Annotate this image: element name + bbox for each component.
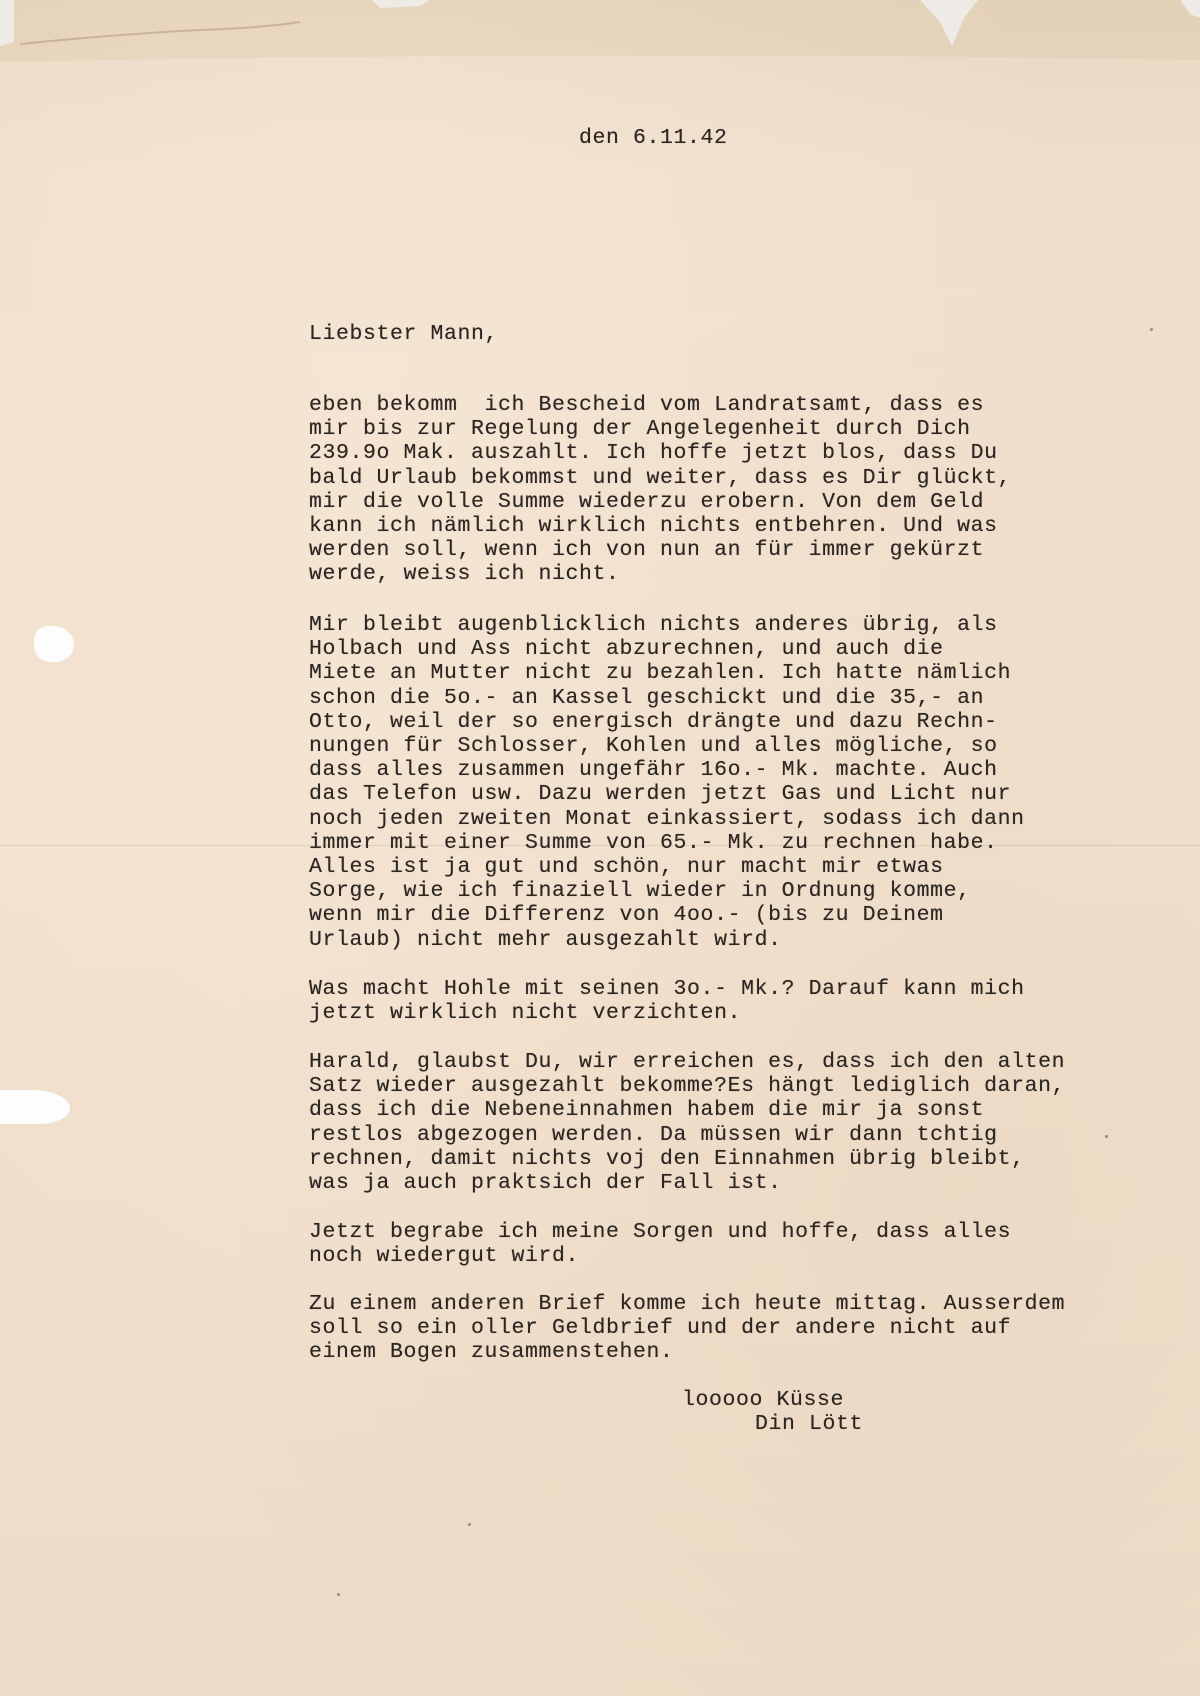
paragraph-3: Was macht Hohle mit seinen 3o.- Mk.? Dar… [309,977,1025,1025]
letter-signature: Din Lött [755,1412,863,1436]
text-line: Satz wieder ausgezahlt bekomme?Es hängt … [309,1074,1065,1098]
text-line: wenn mir die Differenz von 4oo.- (bis zu… [309,903,1025,927]
paragraph-5: Jetzt begrabe ich meine Sorgen und hoffe… [309,1220,1011,1268]
text-line: 239.9o Mak. auszahlt. Ich hoffe jetzt bl… [309,441,1011,465]
text-line: Mir bleibt augenblicklich nichts anderes… [309,613,1025,637]
text-line: was ja auch praktsich der Fall ist. [309,1171,1065,1195]
text-line: restlos abgezogen werden. Da müssen wir … [309,1123,1065,1147]
text-line: Otto, weil der so energisch drängte und … [309,710,1025,734]
text-line: bald Urlaub bekommst und weiter, dass es… [309,466,1011,490]
torn-edge [0,1090,70,1124]
text-line: Holbach und Ass nicht abzurechnen, und a… [309,637,1025,661]
text-line: soll so ein oller Geldbrief und der ande… [309,1316,1065,1340]
torn-top-edge [0,0,1200,70]
text-line: immer mit einer Summe von 65.- Mk. zu re… [309,831,1025,855]
text-line: kann ich nämlich wirklich nichts entbehr… [309,514,1011,538]
letter-date: den 6.11.42 [579,126,728,150]
letter-closing: looooo Küsse [682,1388,844,1412]
text-line: rechnen, damit nichts voj den Einnahmen … [309,1147,1065,1171]
paragraph-2: Mir bleibt augenblicklich nichts anderes… [309,613,1025,952]
text-line: mir bis zur Regelung der Angelegenheit d… [309,417,1011,441]
paper-speck [337,1593,340,1596]
text-line: werde, weiss ich nicht. [309,562,1011,586]
text-line: einem Bogen zusammenstehen. [309,1340,1065,1364]
letter-page: den 6.11.42 Liebster Mann, eben bekomm i… [0,0,1200,1696]
text-line: werden soll, wenn ich von nun an für imm… [309,538,1011,562]
text-line: Miete an Mutter nicht zu bezahlen. Ich h… [309,661,1025,685]
text-line: schon die 5o.- an Kassel geschickt und d… [309,686,1025,710]
punch-hole [34,626,74,662]
text-line: dass alles zusammen ungefähr 16o.- Mk. m… [309,758,1025,782]
text-line: mir die volle Summe wiederzu erobern. Vo… [309,490,1011,514]
paper-speck [468,1523,471,1526]
text-line: Was macht Hohle mit seinen 3o.- Mk.? Dar… [309,977,1025,1001]
text-line: Zu einem anderen Brief komme ich heute m… [309,1292,1065,1316]
text-line: eben bekomm ich Bescheid vom Landratsamt… [309,393,1011,417]
text-line: Harald, glaubst Du, wir erreichen es, da… [309,1050,1065,1074]
paragraph-1: eben bekomm ich Bescheid vom Landratsamt… [309,393,1011,587]
letter-salutation: Liebster Mann, [309,322,498,346]
text-line: nungen für Schlosser, Kohlen und alles m… [309,734,1025,758]
text-line: Sorge, wie ich finaziell wieder in Ordnu… [309,879,1025,903]
text-line: Urlaub) nicht mehr ausgezahlt wird. [309,928,1025,952]
text-line: jetzt wirklich nicht verzichten. [309,1001,1025,1025]
paper-speck [1105,1135,1108,1138]
paper-speck [1150,328,1153,331]
text-line: noch wiedergut wird. [309,1244,1011,1268]
text-line: Jetzt begrabe ich meine Sorgen und hoffe… [309,1220,1011,1244]
text-line: Alles ist ja gut und schön, nur macht mi… [309,855,1025,879]
text-line: dass ich die Nebeneinnahmen habem die mi… [309,1098,1065,1122]
text-line: das Telefon usw. Dazu werden jetzt Gas u… [309,782,1025,806]
paragraph-6: Zu einem anderen Brief komme ich heute m… [309,1292,1065,1365]
paragraph-4: Harald, glaubst Du, wir erreichen es, da… [309,1050,1065,1195]
text-line: noch jeden zweiten Monat einkassiert, so… [309,807,1025,831]
